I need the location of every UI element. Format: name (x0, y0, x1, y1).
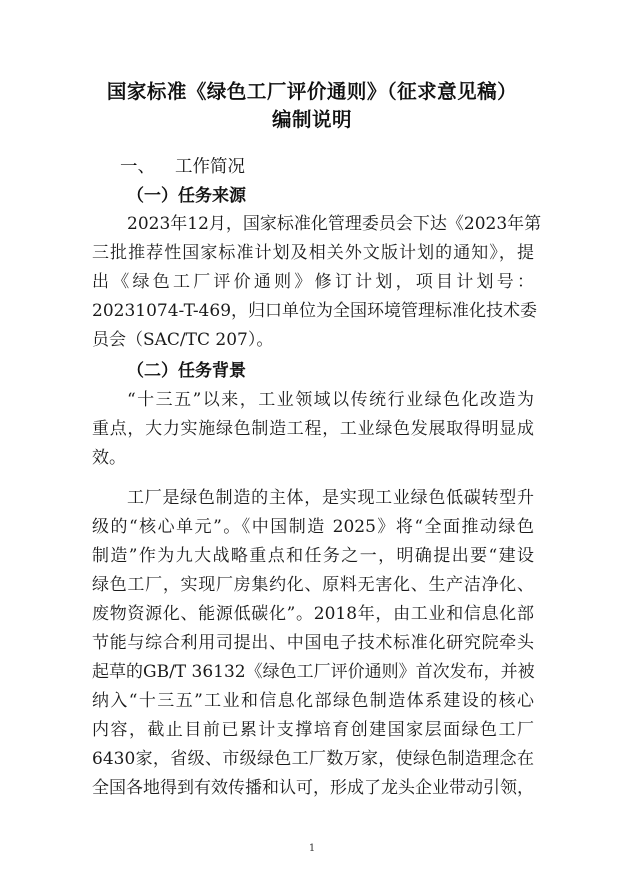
paragraph-line: 级的“核心单元”。《中国制造 2025》将“全面推动绿色 (92, 512, 534, 537)
paragraph-line: 2023年12月，国家标准化管理委员会下达《2023年第 (127, 209, 534, 234)
section-heading-work-overview: 一、工作简况 (120, 153, 245, 178)
page-number: 1 (0, 843, 624, 854)
subsection-heading-task-source: （一）任务来源 (127, 181, 246, 206)
document-subtitle: 编制说明 (0, 104, 624, 132)
paragraph-line: “十三五”以来，工业领域以传统行业绿色化改造为 (127, 385, 534, 410)
paragraph-line: 起草的GB/T 36132《绿色工厂评价通则》首次发布，并被 (92, 657, 534, 682)
document-page: 国家标准《绿色工厂评价通则》（征求意见稿） 编制说明 一、工作简况 （一）任务来… (0, 0, 624, 875)
section-title: 工作简况 (175, 157, 245, 177)
paragraph-line: 内容，截止目前已累计支撑培育创建国家层面绿色工厂 (92, 715, 534, 740)
paragraph-line: 6430家，省级、市级绿色工厂数万家，使绿色制造理念在 (92, 744, 534, 769)
document-title: 国家标准《绿色工厂评价通则》（征求意见稿） (0, 76, 624, 104)
paragraph-line: 废物资源化、能源低碳化”。2018年，由工业和信息化部 (92, 599, 534, 624)
paragraph-line: 效。 (92, 443, 534, 468)
paragraph-line: 三批推荐性国家标准计划及相关外文版计划的通知》，提 (92, 238, 534, 263)
paragraph-line: 制造”作为九大战略重点和任务之一，明确提出要“建设 (92, 541, 534, 566)
paragraph-line: 纳入“十三五”工业和信息化部绿色制造体系建设的核心 (92, 686, 534, 711)
paragraph-line: 20231074-T-469，归口单位为全国环境管理标准化技术委 (92, 296, 534, 321)
paragraph-line: 工厂是绿色制造的主体，是实现工业绿色低碳转型升 (127, 483, 534, 508)
paragraph-line: 出《绿色工厂评价通则》修订计划，项目计划号： (92, 267, 534, 292)
subsection-heading-task-background: （二）任务背景 (127, 356, 246, 381)
section-number: 一、 (120, 157, 155, 177)
paragraph-line: 重点，大力实施绿色制造工程，工业绿色发展取得明显成 (92, 414, 534, 439)
paragraph-line: 节能与综合利用司提出、中国电子技术标准化研究院牵头 (92, 628, 534, 653)
paragraph-line: 绿色工厂，实现厂房集约化、原料无害化、生产洁净化、 (92, 570, 534, 595)
paragraph-line: 全国各地得到有效传播和认可，形成了龙头企业带动引领， (92, 773, 534, 798)
paragraph-line: 员会（SAC/TC 207）。 (92, 325, 534, 350)
